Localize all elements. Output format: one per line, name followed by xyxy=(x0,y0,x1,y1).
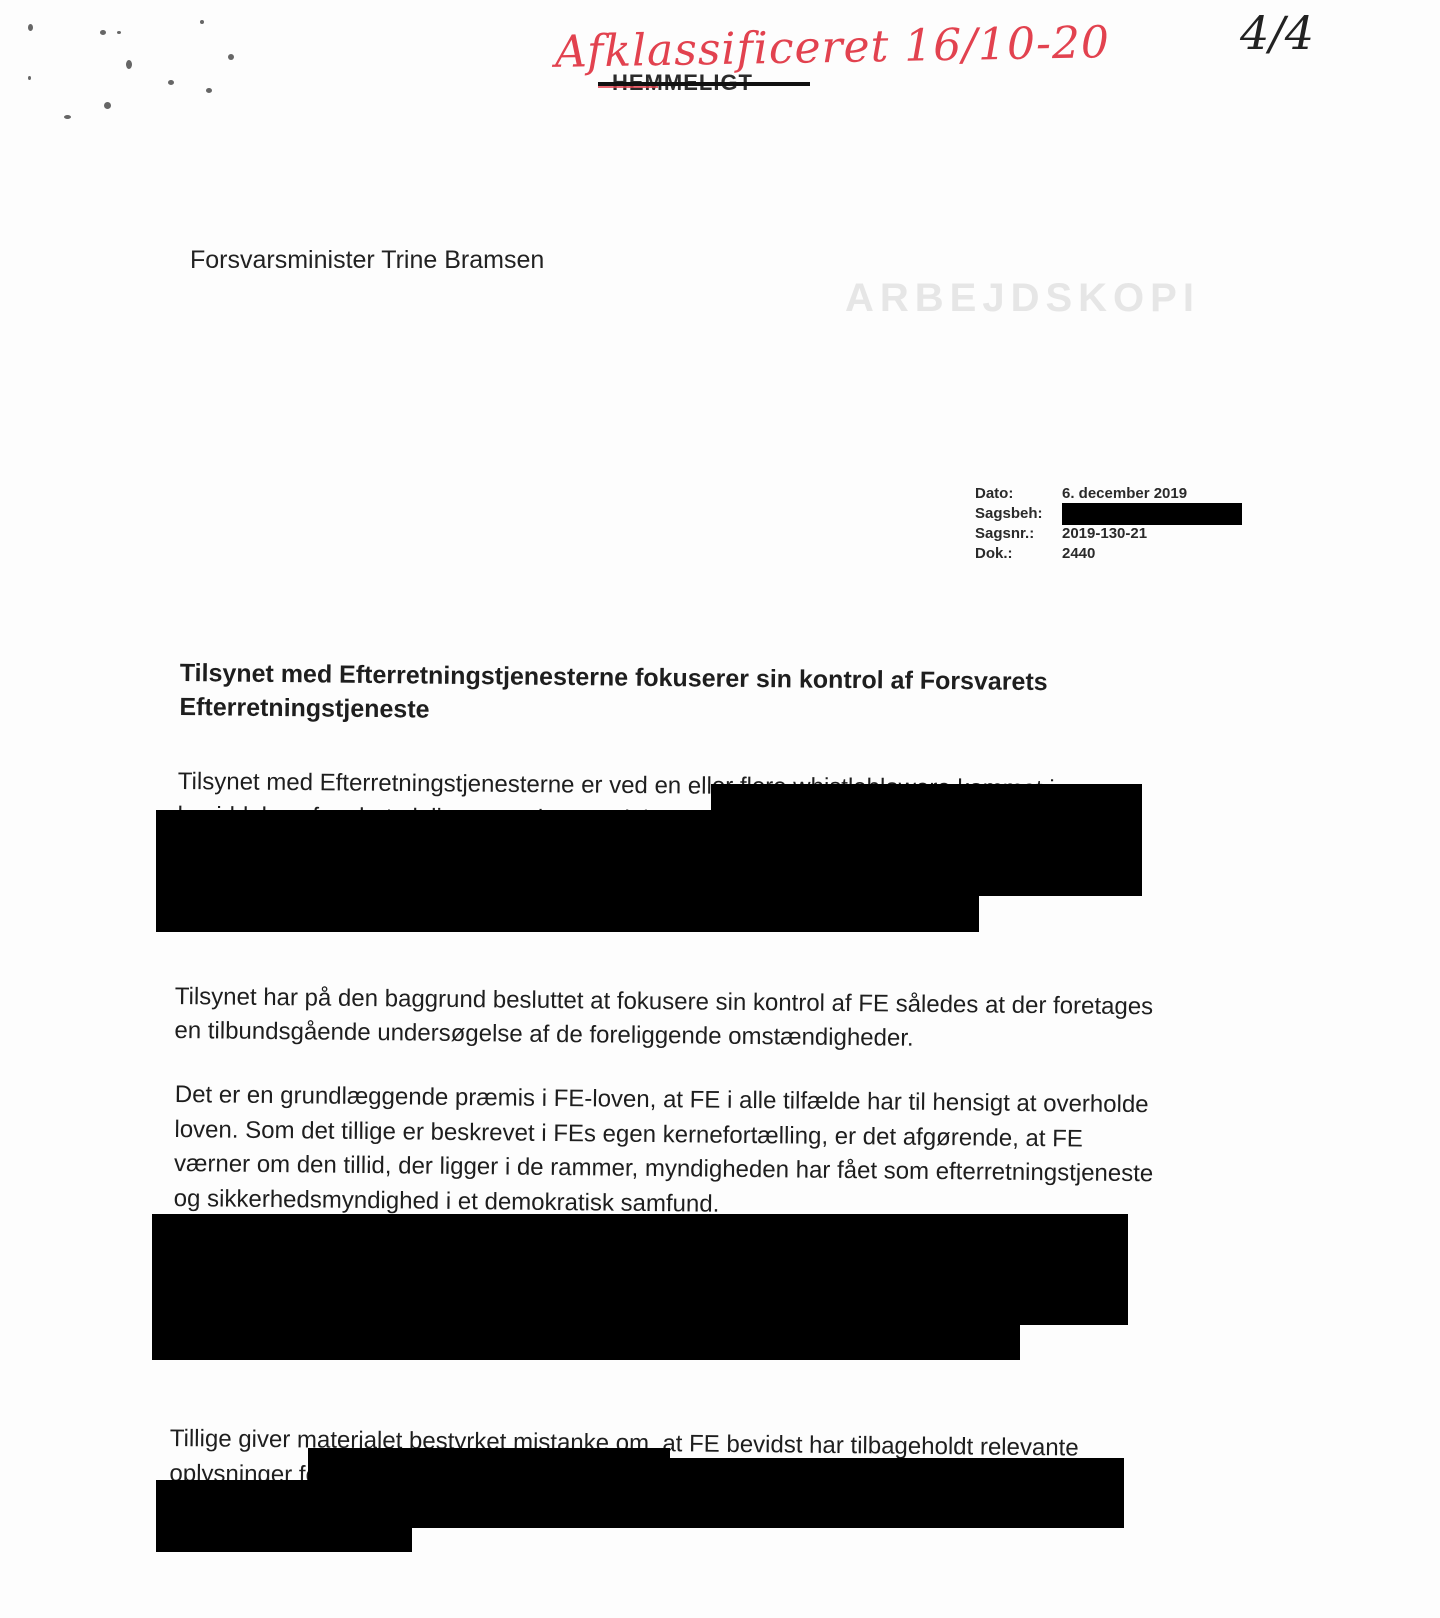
redaction-bar xyxy=(156,1520,412,1552)
document-heading: Tilsynet med Efterretningstjenesterne fo… xyxy=(179,656,1160,734)
paragraph: Det er en grundlæggende præmis i FE-love… xyxy=(174,1078,1165,1226)
meta-label: Sagsnr.: xyxy=(975,524,1062,544)
meta-value: 2019-130-21 xyxy=(1062,524,1147,544)
meta-value: 2440 xyxy=(1062,544,1095,564)
recipient: Forsvarsminister Trine Bramsen xyxy=(190,246,544,275)
meta-value: 6. december 2019 xyxy=(1062,484,1187,504)
redaction-bar xyxy=(152,1320,1020,1360)
redaction-bar xyxy=(152,1214,1128,1325)
strikethrough-line xyxy=(598,82,810,86)
meta-row-case-number: Sagsnr.: 2019-130-21 xyxy=(975,524,1242,544)
page-marker: 4/4 xyxy=(1240,6,1314,60)
redaction-bar xyxy=(156,810,1142,896)
declassified-stamp: Afklassificeret 16/10-20 xyxy=(555,17,1111,78)
redaction-bar xyxy=(308,1448,670,1484)
meta-row-caseworker: Sagsbeh: xyxy=(975,504,1242,524)
meta-label: Dok.: xyxy=(975,544,1062,564)
paragraph: Tilsynet har på den baggrund besluttet a… xyxy=(174,980,1165,1058)
redaction-bar xyxy=(1062,503,1242,525)
redaction-bar xyxy=(156,890,979,932)
meta-label: Sagsbeh: xyxy=(975,504,1062,524)
meta-label: Dato: xyxy=(975,484,1062,504)
meta-row-date: Dato: 6. december 2019 xyxy=(975,484,1242,504)
meta-row-doc: Dok.: 2440 xyxy=(975,544,1242,564)
watermark: ARBEJDSKOPI xyxy=(845,276,1200,321)
document-metadata: Dato: 6. december 2019 Sagsbeh: Sagsnr.:… xyxy=(975,484,1242,564)
